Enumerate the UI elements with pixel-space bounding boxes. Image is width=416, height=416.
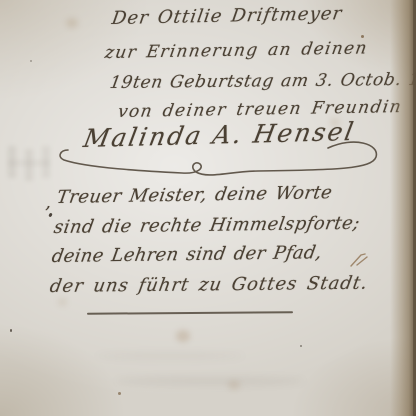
ink-speck [30, 60, 32, 62]
verse-line-3: deine Lehren sind der Pfad, [50, 242, 323, 267]
show-through-smudge [115, 376, 305, 386]
foxing-spot [228, 380, 240, 390]
verse-line-2: sind die rechte Himmelspforte; [52, 213, 361, 238]
ghost-bar [8, 160, 50, 166]
foxing-spot [176, 330, 190, 342]
ink-speck [10, 329, 12, 332]
verse-open-quote: ‚ [45, 192, 51, 213]
dedication-line-3: 19ten Geburtstag am 3. Octob. 1905 [108, 69, 416, 93]
verse-line-4: der uns führt zu Gottes Stadt. [48, 273, 369, 297]
book-photo: Der Ottilie Driftmeyer zur Erinnerung an… [0, 0, 416, 416]
stray-pencil-mark [348, 250, 374, 270]
show-through-smudge [95, 352, 245, 360]
foxing-spot [66, 18, 78, 28]
ink-speck [300, 345, 302, 347]
foxing-spot [58, 298, 67, 306]
signature-flourish [46, 138, 382, 186]
ink-speck [118, 392, 121, 395]
